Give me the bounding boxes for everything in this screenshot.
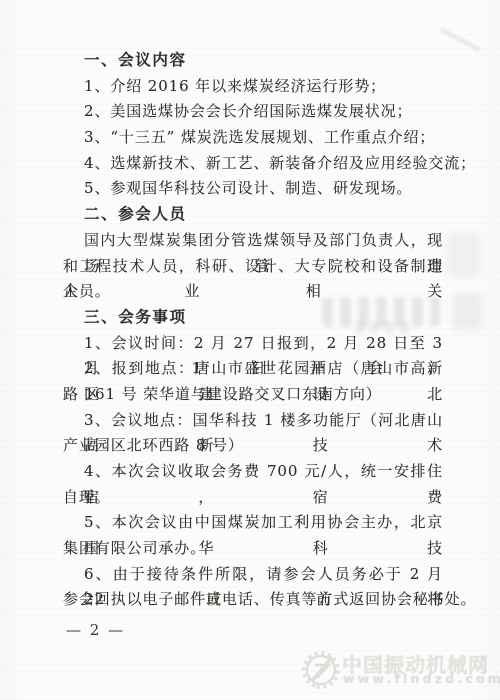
section-heading: 三、会务事项 bbox=[63, 305, 443, 331]
text-line: 国内大型煤炭集团分管选煤领导及部门负责人，现场管理 bbox=[63, 228, 443, 254]
text-line: 5、参观国华科技公司设计、制造、研发现场。 bbox=[63, 176, 443, 202]
text-line: 和工程技术人员，科研、设计、大专院校和设备制造企业相关 bbox=[63, 254, 443, 280]
text-line: 2、报到地点：唐山市盛世花园酒店（唐山市高新区建设北 bbox=[63, 356, 443, 382]
scanned-document-page: 一、会议内容1、介绍 2016 年以来煤炭经济运行形势；2、美国选煤协会会长介绍… bbox=[0, 0, 500, 700]
section-heading: 一、会议内容 bbox=[63, 48, 443, 74]
text-line: 2、美国选煤协会会长介绍国际选煤发展状况； bbox=[63, 99, 443, 125]
text-line: 4、选煤新技术、新工艺、新装备介绍及应用经验交流； bbox=[63, 151, 443, 177]
page-number: — 2 — bbox=[66, 621, 125, 639]
text-line: 1、介绍 2016 年以来煤炭经济运行形势； bbox=[63, 74, 443, 100]
text-line: 1、会议时间：2 月 27 日报到，2 月 28 日至 3 月 1 日开会； bbox=[63, 331, 443, 357]
text-line: 6、由于接待条件所限，请参会人员务必于 2 月 22 日前将 bbox=[63, 562, 443, 588]
watermark-site-name: 中国振动机械网 bbox=[342, 649, 489, 678]
text-line: 3、会议地点：国华科技 1 楼多功能厅（河北唐山高新技术 bbox=[63, 408, 443, 434]
text-line: 3、“十三五” 煤炭洗选发展规划、工作重点介绍； bbox=[63, 125, 443, 151]
scan-streak bbox=[440, 28, 480, 51]
text-line: 4、本次会议收取会务费 700 元/人，统一安排住宿，宿费 bbox=[63, 459, 443, 485]
section-heading: 二、参会人员 bbox=[63, 202, 443, 228]
bleedthrough-smudge bbox=[446, 232, 480, 278]
watermark-site-url: www.flndzd.com bbox=[343, 671, 500, 686]
bleedthrough-smudge bbox=[452, 292, 482, 332]
text-line: 参会回执以电子邮件或电话、传真等方式返回协会秘书处。 bbox=[63, 587, 443, 613]
site-watermark: 中国振动机械网 www.flndzd.com bbox=[300, 641, 500, 696]
text-line: 5、本次会议由中国煤炭加工利用协会主办，北京国华科技 bbox=[63, 510, 443, 536]
document-body: 一、会议内容1、介绍 2016 年以来煤炭经济运行形势；2、美国选煤协会会长介绍… bbox=[63, 48, 443, 613]
gear-arrow-logo-icon bbox=[302, 647, 340, 697]
